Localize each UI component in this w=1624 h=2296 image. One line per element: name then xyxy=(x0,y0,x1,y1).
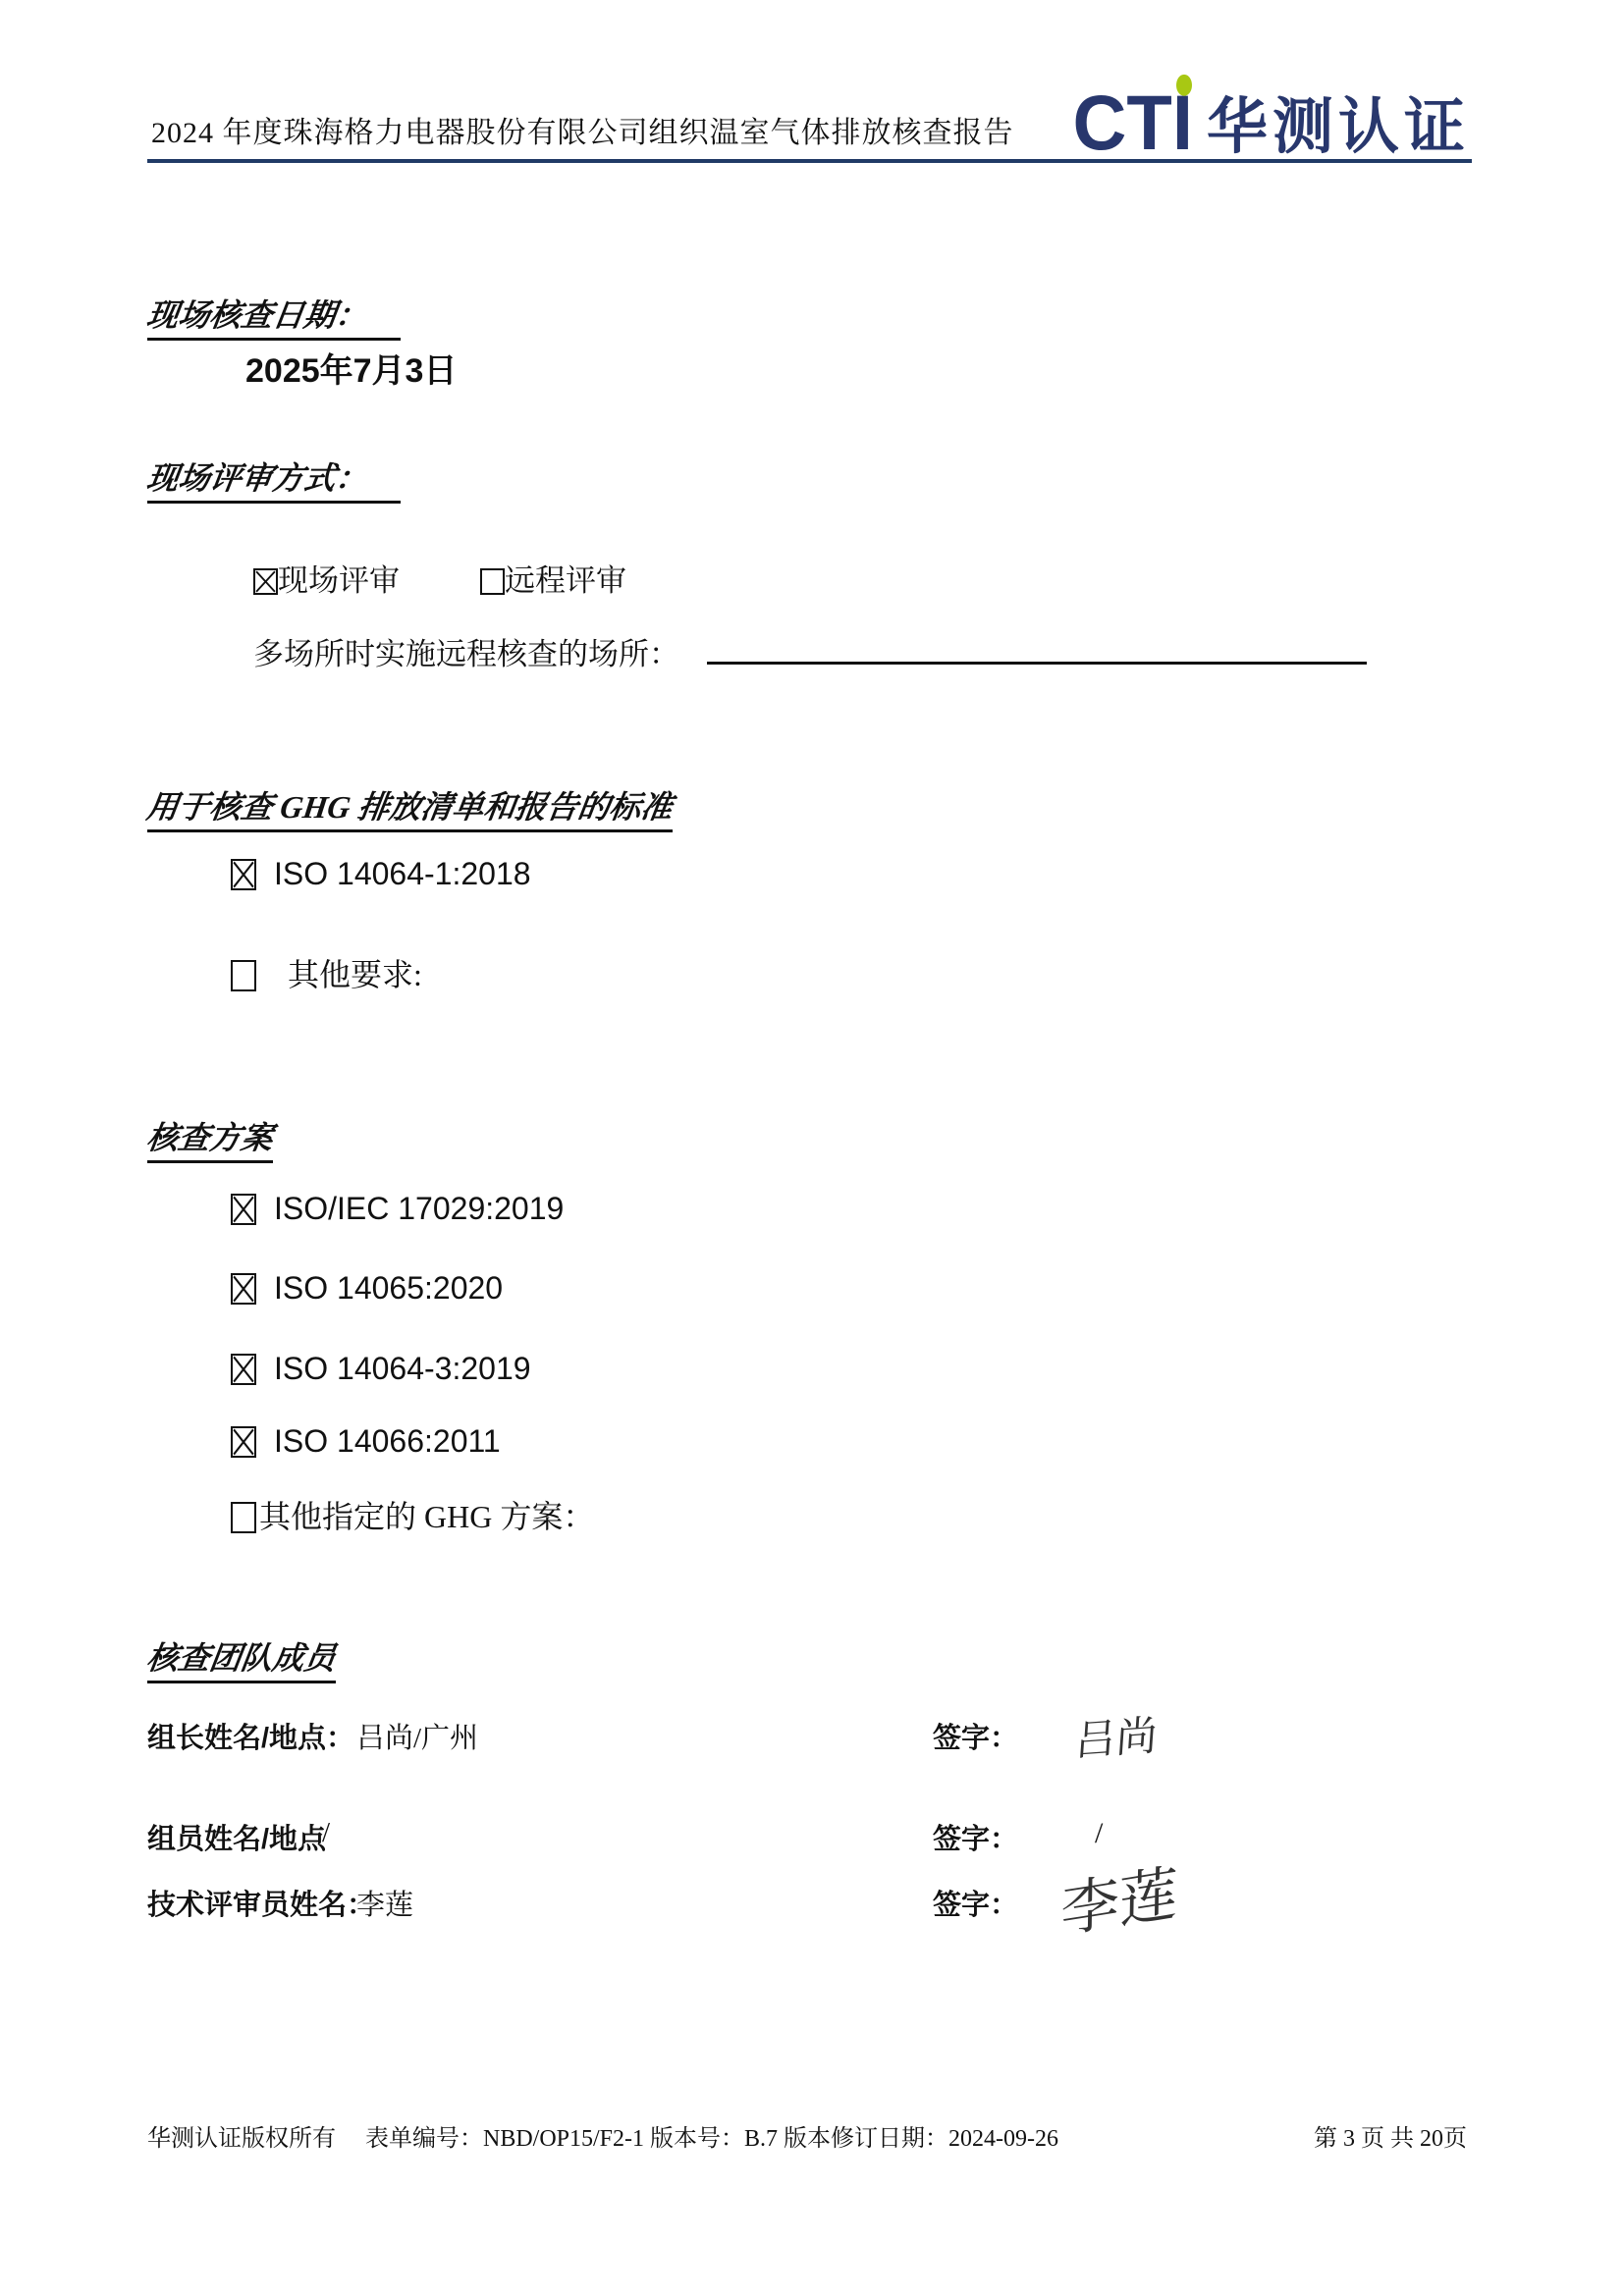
signature-label: 签字： xyxy=(933,1883,1018,1923)
team-member-value: / xyxy=(322,1817,330,1849)
section-title-review-method: 现场评审方式： xyxy=(147,454,401,504)
scheme-label: ISO 14064-3:2019 xyxy=(274,1351,531,1386)
section-title-text: 用于核查 GHG 排放清单和报告的标准 xyxy=(144,782,677,828)
page-footer: 华测认证版权所有 表单编号：NBD/OP15/F2-1 版本号：B.7 版本修订… xyxy=(147,2118,1467,2153)
scheme-item: ISO/IEC 17029:2019 xyxy=(231,1191,564,1227)
technical-reviewer-signature: 李莲 xyxy=(1060,1845,1178,1949)
team-leader-label: 组长姓名/地点： xyxy=(147,1716,354,1756)
footer-doc-info: 表单编号：NBD/OP15/F2-1 版本号：B.7 版本修订日期：2024-0… xyxy=(365,2118,1058,2153)
footer-page-number: 第 3 页 共 20页 xyxy=(1314,2118,1467,2153)
standard-label: 其他要求: xyxy=(288,957,422,992)
team-member-label: 组员姓名/地点 xyxy=(147,1817,326,1857)
section-title-text: 现场核查日期： xyxy=(144,291,370,336)
scheme-item: ISO 14064-3:2019 xyxy=(231,1351,531,1387)
checkbox-checked-icon xyxy=(231,859,256,890)
option-remote-review: 远程评审 xyxy=(505,563,626,598)
cti-logo-text: CTI xyxy=(1073,80,1193,166)
scheme-item: ISO 14066:2011 xyxy=(231,1423,501,1460)
checkbox-checked-icon xyxy=(231,1194,256,1225)
member-signature: / xyxy=(1095,1817,1103,1850)
review-method-options: 现场评审 远程评审 xyxy=(253,556,626,600)
scheme-item: 其他指定的 GHG 方案： xyxy=(231,1492,594,1537)
document-page: 2024 年度珠海格力电器股份有限公司组织温室气体排放核查报告 CTI 华测认证… xyxy=(0,0,1624,2296)
checkbox-unchecked-icon xyxy=(480,568,505,595)
scheme-label: ISO/IEC 17029:2019 xyxy=(274,1191,564,1226)
checkbox-unchecked-icon xyxy=(231,1502,256,1533)
checkbox-checked-icon xyxy=(253,568,278,595)
section-title-audit-date: 现场核查日期： xyxy=(147,291,401,341)
report-title: 2024 年度珠海格力电器股份有限公司组织温室气体排放核查报告 xyxy=(151,108,1014,151)
section-title-standards: 用于核查 GHG 排放清单和报告的标准 xyxy=(147,782,673,832)
section-title-schemes: 核查方案 xyxy=(147,1113,273,1163)
checkbox-checked-icon xyxy=(231,1273,256,1305)
cti-logo-letters: CTI xyxy=(1073,93,1193,155)
standard-item: 其他要求: xyxy=(231,950,422,995)
footer-copyright: 华测认证版权所有 xyxy=(147,2118,336,2153)
leader-signature: 吕尚 xyxy=(1073,1703,1160,1768)
audit-date-value: 2025年7月3日 xyxy=(245,344,457,392)
team-row-technical-reviewer: 技术评审员姓名： 李莲 签字： 李莲 xyxy=(147,1883,1467,1953)
cti-logo: CTI 华测认证 xyxy=(1073,95,1470,155)
page-header: 2024 年度珠海格力电器股份有限公司组织温室气体排放核查报告 CTI 华测认证 xyxy=(147,0,1472,163)
standard-label: ISO 14064-1:2018 xyxy=(274,856,531,891)
team-leader-value: 吕尚/广州 xyxy=(356,1716,478,1756)
section-title-text: 核查团队成员 xyxy=(144,1633,339,1679)
remote-sites-label: 多场所时实施远程核查的场所： xyxy=(253,637,679,671)
technical-reviewer-label: 技术评审员姓名： xyxy=(147,1883,375,1923)
option-onsite-review: 现场评审 xyxy=(278,563,400,598)
section-title-text: 核查方案 xyxy=(144,1113,276,1158)
scheme-label: ISO 14065:2020 xyxy=(274,1270,503,1306)
scheme-item: ISO 14065:2020 xyxy=(231,1270,503,1307)
checkbox-unchecked-icon xyxy=(231,960,256,991)
team-row-member: 组员姓名/地点 / 签字： / xyxy=(147,1817,1467,1888)
scheme-label: 其他指定的 GHG 方案： xyxy=(259,1499,594,1534)
remote-sites-row: 多场所时实施远程核查的场所： xyxy=(253,628,1367,673)
checkbox-checked-icon xyxy=(231,1354,256,1385)
section-title-team: 核查团队成员 xyxy=(147,1633,336,1683)
team-row-leader: 组长姓名/地点： 吕尚/广州 签字： 吕尚 xyxy=(147,1716,1467,1787)
remote-sites-blank-line xyxy=(707,628,1367,665)
checkbox-checked-icon xyxy=(231,1426,256,1458)
signature-label: 签字： xyxy=(933,1817,1018,1857)
signature-label: 签字： xyxy=(933,1716,1018,1756)
cti-logo-chinese: 华测认证 xyxy=(1207,99,1470,155)
standard-item: ISO 14064-1:2018 xyxy=(231,856,531,892)
section-title-text: 现场评审方式： xyxy=(144,454,370,499)
technical-reviewer-value: 李莲 xyxy=(356,1883,413,1923)
scheme-label: ISO 14066:2011 xyxy=(274,1423,501,1459)
